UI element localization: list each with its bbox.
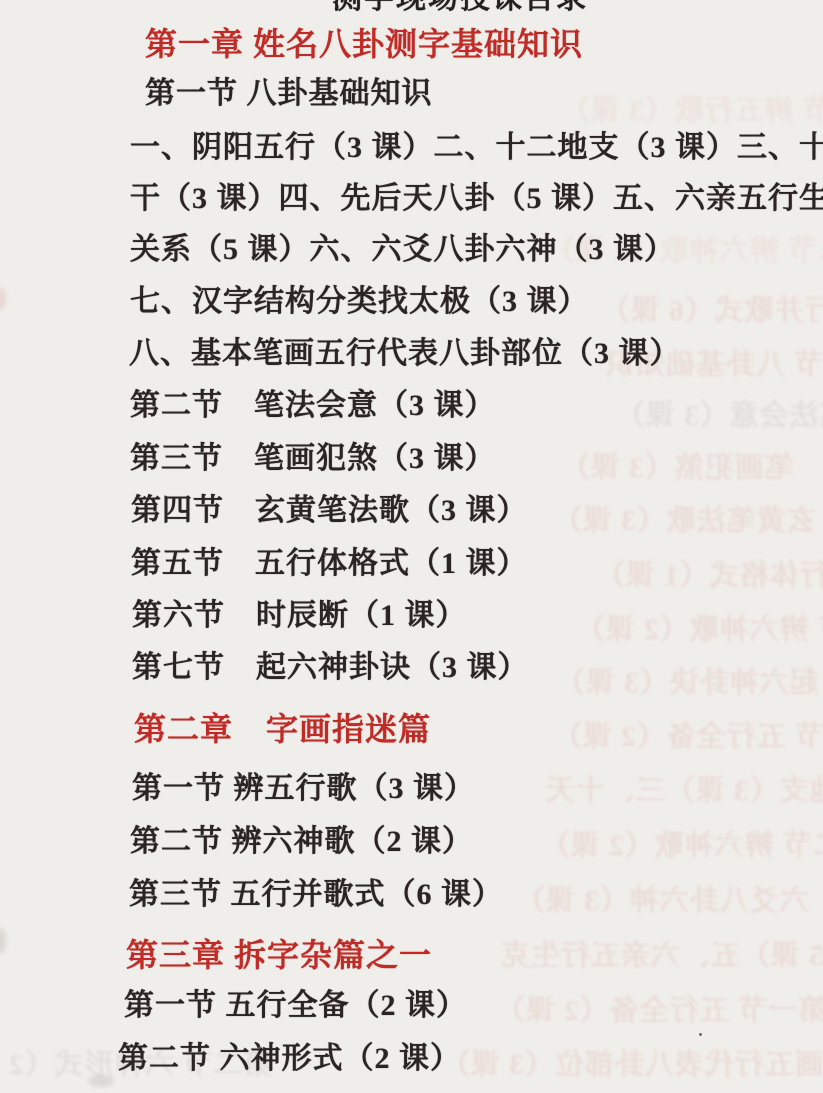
- bleedthrough-text: 第一节 辨五行歌（3 课）: [560, 88, 823, 129]
- section-heading: 第三节 笔画犯煞（3 课）: [130, 442, 496, 477]
- section-heading: 第二节 六神形式（2 课）: [118, 1042, 461, 1077]
- chapter-heading: 第三章 拆字杂篇之一: [126, 937, 432, 974]
- edge-smudge: [0, 288, 6, 310]
- section-heading: 第七节 起六神卦诀（3 课）: [132, 651, 529, 686]
- section-heading: 第二节 笔法会意（3 课）: [130, 389, 496, 424]
- bleedthrough-text: 第二节 辨六神歌（2 课）: [575, 607, 823, 648]
- section-heading: 第五节 五行体格式（1 课）: [131, 547, 528, 582]
- scan-speck: [699, 1033, 702, 1036]
- section-heading: 第六节 时辰断（1 课）: [132, 599, 467, 634]
- bleedthrough-text: 关系（5 课）六、六爻八卦六神（3 课）: [515, 878, 823, 919]
- section-heading: 第一节 辨五行歌（3 课）: [132, 772, 475, 807]
- bleedthrough-text: 第一节 五行全备（2 课）: [495, 988, 823, 1029]
- chapter-heading: 第二章 字画指迷篇: [134, 711, 431, 748]
- scanned-toc-page: 第一节 辨五行歌（3 课） 第二节 辨六神歌（2 课） 第三节 五行并歌式（6 …: [0, 0, 823, 1093]
- bleedthrough-text: 八、基本笔画五行代表八卦部位（3 课）: [440, 1042, 823, 1083]
- clipped-page-title: 测字现场授课目录: [332, 0, 588, 17]
- toc-body-line: 一、阴阳五行（3 课）二、十二地支（3 课）三、十天: [130, 131, 823, 166]
- edge-smudge: [88, 1075, 114, 1087]
- chapter-heading: 第一章 姓名八卦测字基础知识: [145, 26, 583, 63]
- edge-smudge: [0, 928, 6, 954]
- bleedthrough-text: 一、阴阳五行（3 课）二、十二地支（3 课）三、十天: [545, 768, 823, 809]
- toc-body-line: 干（3 课）四、先后天八卦（5 课）五、六亲五行生克: [130, 182, 823, 217]
- toc-body-line: 七、汉字结构分类找太极（3 课）: [130, 285, 589, 320]
- bleedthrough-text: 第二节 辨六神歌（2 课）: [540, 823, 823, 864]
- bleedthrough-text: 第五节 五行体格式（1 课）: [595, 553, 823, 594]
- section-heading: 第一节 八卦基础知识: [145, 77, 433, 112]
- bleedthrough-text: 第四节 玄黄笔法歌（3 课）: [552, 498, 823, 539]
- section-heading: 第一节 五行全备（2 课）: [124, 989, 467, 1024]
- bleedthrough-text: 干（3 课）四、先后天八卦（5 课）五、六亲五行生克: [500, 933, 823, 974]
- bleedthrough-text: 第七节 起六神卦诀（3 课）: [555, 660, 823, 701]
- toc-body-line: 关系（5 课）六、六爻八卦六神（3 课）: [130, 233, 675, 268]
- toc-body-line: 八、基本笔画五行代表八卦部位（3 课）: [129, 337, 681, 372]
- section-heading: 第四节 玄黄笔法歌（3 课）: [131, 494, 528, 529]
- bleedthrough-text: 第一节 五行全备（2 课）: [552, 714, 823, 755]
- bleedthrough-text: 第三节 五行并歌式（6 课）: [600, 288, 823, 329]
- bleedthrough-text: 第二节 笔法会意（3 课）: [615, 393, 823, 434]
- bleedthrough-text: 第三节 笔画犯煞（3 课）: [560, 445, 823, 486]
- section-heading: 第二节 辨六神歌（2 课）: [130, 825, 473, 860]
- section-heading: 第三节 五行并歌式（6 课）: [129, 878, 503, 913]
